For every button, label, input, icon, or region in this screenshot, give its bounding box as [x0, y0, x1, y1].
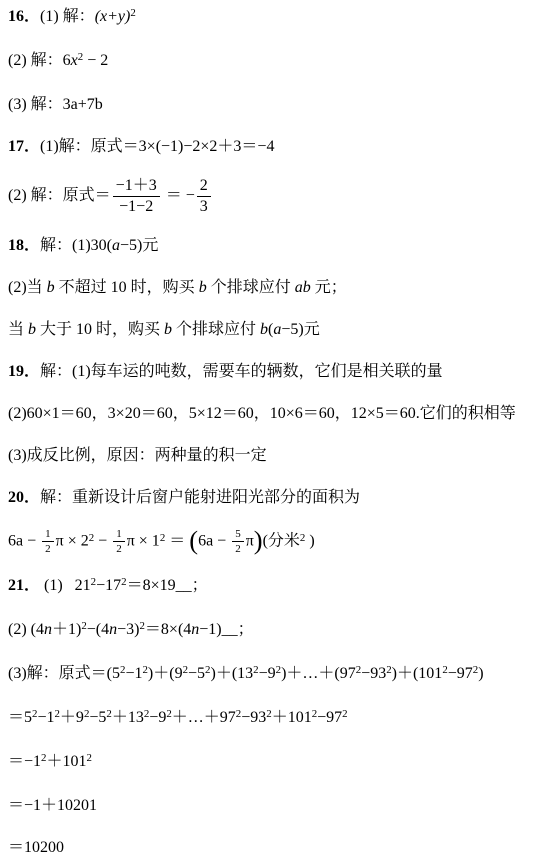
text-run: ＝ −	[162, 187, 195, 204]
answer-18-1: 18．解：(1)30(a−5)元	[8, 234, 543, 257]
superscript: 2	[266, 708, 271, 720]
fraction: 12	[113, 528, 125, 555]
superscript: 2	[473, 664, 478, 676]
superscript: 2	[78, 51, 83, 63]
text-run: −	[94, 532, 111, 549]
superscript: 2	[236, 708, 241, 720]
italic-math-run: n	[109, 621, 117, 638]
text-run: −9	[259, 665, 276, 682]
superscript: 2	[54, 708, 59, 720]
text-run: 6a −	[8, 532, 40, 549]
superscript: 2	[89, 532, 94, 544]
answer-20-text: 20．解：重新设计后窗户能射进阳光部分的面积为	[8, 486, 543, 509]
fraction-denominator: 2	[42, 542, 54, 555]
fraction: 52	[232, 528, 244, 555]
big-left-paren: (	[189, 525, 198, 555]
superscript: 2	[86, 752, 91, 764]
bold-text-run: 16．	[8, 8, 40, 25]
text-run: −5	[188, 665, 205, 682]
text-run: (分米	[263, 532, 300, 549]
italic-math-run: ab	[295, 279, 311, 296]
text-run: ＋1)	[52, 621, 81, 638]
superscript: 2	[120, 664, 125, 676]
superscript: 2	[139, 620, 144, 632]
superscript: 2	[312, 708, 317, 720]
text-run: 不超过 10 时，购买	[55, 279, 199, 296]
text-run: −97	[317, 709, 342, 726]
answer-18-2b: 当 b 大于 10 时，购买 b 个排球应付 b(a−5)元	[8, 318, 543, 341]
answer-19-3: (3)成反比例，原因：两种量的积一定	[8, 444, 543, 467]
fraction-denominator: 2	[113, 542, 125, 555]
answer-17-2: (2) 解：原式＝−1＋3−1−2 ＝ −23	[8, 177, 543, 215]
document-body: 16．(1) 解：(x+y)2(2) 解：6x2 − 2(3) 解：3a+7b1…	[8, 5, 543, 857]
bold-text-run: 21．	[8, 577, 40, 594]
text-run: −1	[125, 665, 142, 682]
text-run: )＋(13	[210, 665, 253, 682]
superscript: 2	[166, 708, 171, 720]
answer-21-3-step2: ＝52−12＋92−52＋132−92＋…＋972−932＋1012−972	[8, 706, 543, 731]
text-run: π × 1	[127, 532, 160, 549]
superscript: 2	[160, 532, 165, 544]
text-run: π	[246, 532, 254, 549]
italic-math-run: b	[47, 279, 55, 296]
text-run: −97	[448, 665, 473, 682]
superscript: 2	[121, 576, 126, 588]
bold-text-run: 20．	[8, 489, 40, 506]
text-run: ＋101	[46, 753, 86, 770]
answer-19-2: (2)60×1＝60，3×20＝60，5×12＝60，10×6＝60，12×5＝…	[8, 402, 543, 425]
text-run: 元；	[311, 279, 347, 296]
text-run: )	[305, 532, 314, 549]
text-run: (2)60×1＝60，3×20＝60，5×12＝60，10×6＝60，12×5＝…	[8, 405, 516, 422]
answer-21-3-step3: ＝−12＋1012	[8, 750, 543, 775]
italic-math-run: a	[112, 237, 120, 254]
text-run: ＝10200	[8, 839, 64, 856]
text-run: ＝−1	[8, 753, 41, 770]
text-run: 个排球应付	[172, 321, 260, 338]
text-run: −93	[241, 709, 266, 726]
answer-21-3-step1: (3)解：原式＝(52−12)＋(92−52)＋(132−92)＋…＋(972−…	[8, 662, 543, 687]
answer-16-2: (2) 解：6x2 − 2	[8, 49, 543, 74]
answer-21-3-step4: ＝−1＋10201	[8, 794, 543, 817]
text-run: ＝	[165, 532, 189, 549]
answer-sheet: 16．(1) 解：(x+y)2(2) 解：6x2 − 2(3) 解：3a+7b1…	[0, 0, 545, 857]
text-run: 6a −	[198, 532, 230, 549]
text-run: (2) 解：6	[8, 52, 71, 69]
text-run: −3)	[117, 621, 139, 638]
text-run: (3) 解：3a+7b	[8, 96, 103, 113]
superscript: 2	[32, 708, 37, 720]
fraction-numerator: 2	[197, 177, 211, 197]
superscript: 2	[276, 664, 281, 676]
text-run: ＝8×(4	[145, 621, 191, 638]
superscript: 2	[205, 664, 210, 676]
text-run: 个排球应付	[207, 279, 295, 296]
text-run: (2)当	[8, 279, 47, 296]
superscript: 2	[144, 708, 149, 720]
superscript: 2	[41, 752, 46, 764]
text-run: 解：(1)30(	[40, 237, 112, 254]
text-run: π × 2	[56, 532, 89, 549]
fraction-denominator: 3	[197, 197, 211, 216]
text-run: (1) 21	[40, 577, 91, 594]
answer-18-2a: (2)当 b 不超过 10 时，购买 b 个排球应付 ab 元；	[8, 276, 543, 299]
fraction-denominator: −1−2	[113, 197, 160, 216]
italic-math-run: b	[164, 321, 172, 338]
answer-16-1: 16．(1) 解：(x+y)2	[8, 5, 543, 30]
text-run: 解：重新设计后窗户能射进阳光部分的面积为	[40, 489, 360, 506]
text-run: ＝−1＋10201	[8, 797, 97, 814]
superscript: 2	[84, 708, 89, 720]
text-run: −5	[89, 709, 106, 726]
text-run: −5)元	[120, 237, 158, 254]
text-run: (1)解：原式＝3×(−1)−2×2＋3＝−4	[40, 138, 274, 155]
text-run: 当	[8, 321, 28, 338]
answer-17-1: 17．(1)解：原式＝3×(−1)−2×2＋3＝−4	[8, 135, 543, 158]
answer-20-formula: 6a − 12π × 22 − 12π × 12 ＝ (6a − 52π)(分米…	[8, 528, 543, 555]
text-run: )＋…＋(97	[281, 665, 356, 682]
text-run: )	[478, 665, 483, 682]
fraction-numerator: 1	[42, 528, 54, 542]
text-run: −17	[96, 577, 121, 594]
text-run: ＋13	[112, 709, 144, 726]
text-run: (2) (4	[8, 621, 44, 638]
superscript: 2	[106, 708, 111, 720]
bold-text-run: 17．	[8, 138, 40, 155]
text-run: )＋(9	[148, 665, 183, 682]
italic-math-run: b	[199, 279, 207, 296]
italic-math-run: x	[71, 52, 78, 69]
fraction-numerator: 1	[113, 528, 125, 542]
text-run: ＝8×19__；	[127, 577, 208, 594]
superscript: 2	[253, 664, 258, 676]
text-run: −1)__；	[199, 621, 253, 638]
superscript: 2	[142, 664, 147, 676]
italic-math-run: b	[260, 321, 268, 338]
superscript: 2	[300, 532, 305, 544]
superscript: 2	[356, 664, 361, 676]
fraction-numerator: 5	[232, 528, 244, 542]
text-run: −9	[149, 709, 166, 726]
italic-math-run: b	[28, 321, 36, 338]
text-run: (2) 解：原式＝	[8, 187, 111, 204]
text-run: ＋…＋97	[172, 709, 236, 726]
text-run: − 2	[83, 52, 108, 69]
text-run: −5)元	[281, 321, 319, 338]
text-run: ＋101	[272, 709, 312, 726]
superscript: 2	[81, 620, 86, 632]
fraction-numerator: −1＋3	[113, 177, 160, 197]
text-run: (1) 解：	[40, 8, 95, 25]
bold-text-run: 18．	[8, 237, 40, 254]
bold-text-run: 19．	[8, 363, 40, 380]
text-run: −93	[361, 665, 386, 682]
text-run: )＋(101	[392, 665, 443, 682]
superscript: 2	[342, 708, 347, 720]
fraction: 12	[42, 528, 54, 555]
text-run: (3)解：原式＝(5	[8, 665, 120, 682]
superscript: 2	[130, 7, 135, 19]
answer-21-2: (2) (4n＋1)2−(4n−3)2＝8×(4n−1)__；	[8, 618, 543, 643]
big-right-paren: )	[254, 525, 263, 555]
answer-21-3-step5: ＝10200	[8, 836, 543, 857]
fraction: 23	[197, 177, 211, 215]
fraction: −1＋3−1−2	[113, 177, 160, 215]
fraction-denominator: 2	[232, 542, 244, 555]
text-run: ＝5	[8, 709, 32, 726]
answer-21-1: 21． (1) 212−172＝8×19__；	[8, 574, 543, 599]
answer-16-3: (3) 解：3a+7b	[8, 93, 543, 116]
text-run: −1	[37, 709, 54, 726]
superscript: 2	[183, 664, 188, 676]
answer-19-1: 19．解：(1)每车运的吨数，需要车的辆数，它们是相关联的量	[8, 360, 543, 383]
text-run: ＋9	[60, 709, 84, 726]
italic-math-run: (x+y)	[95, 8, 131, 25]
italic-math-run: n	[44, 621, 52, 638]
text-run: 解：(1)每车运的吨数，需要车的辆数，它们是相关联的量	[40, 363, 443, 380]
superscript: 2	[442, 664, 447, 676]
superscript: 2	[91, 576, 96, 588]
text-run: 大于 10 时，购买	[36, 321, 164, 338]
text-run: (3)成反比例，原因：两种量的积一定	[8, 447, 267, 464]
superscript: 2	[386, 664, 391, 676]
text-run: −(4	[87, 621, 109, 638]
